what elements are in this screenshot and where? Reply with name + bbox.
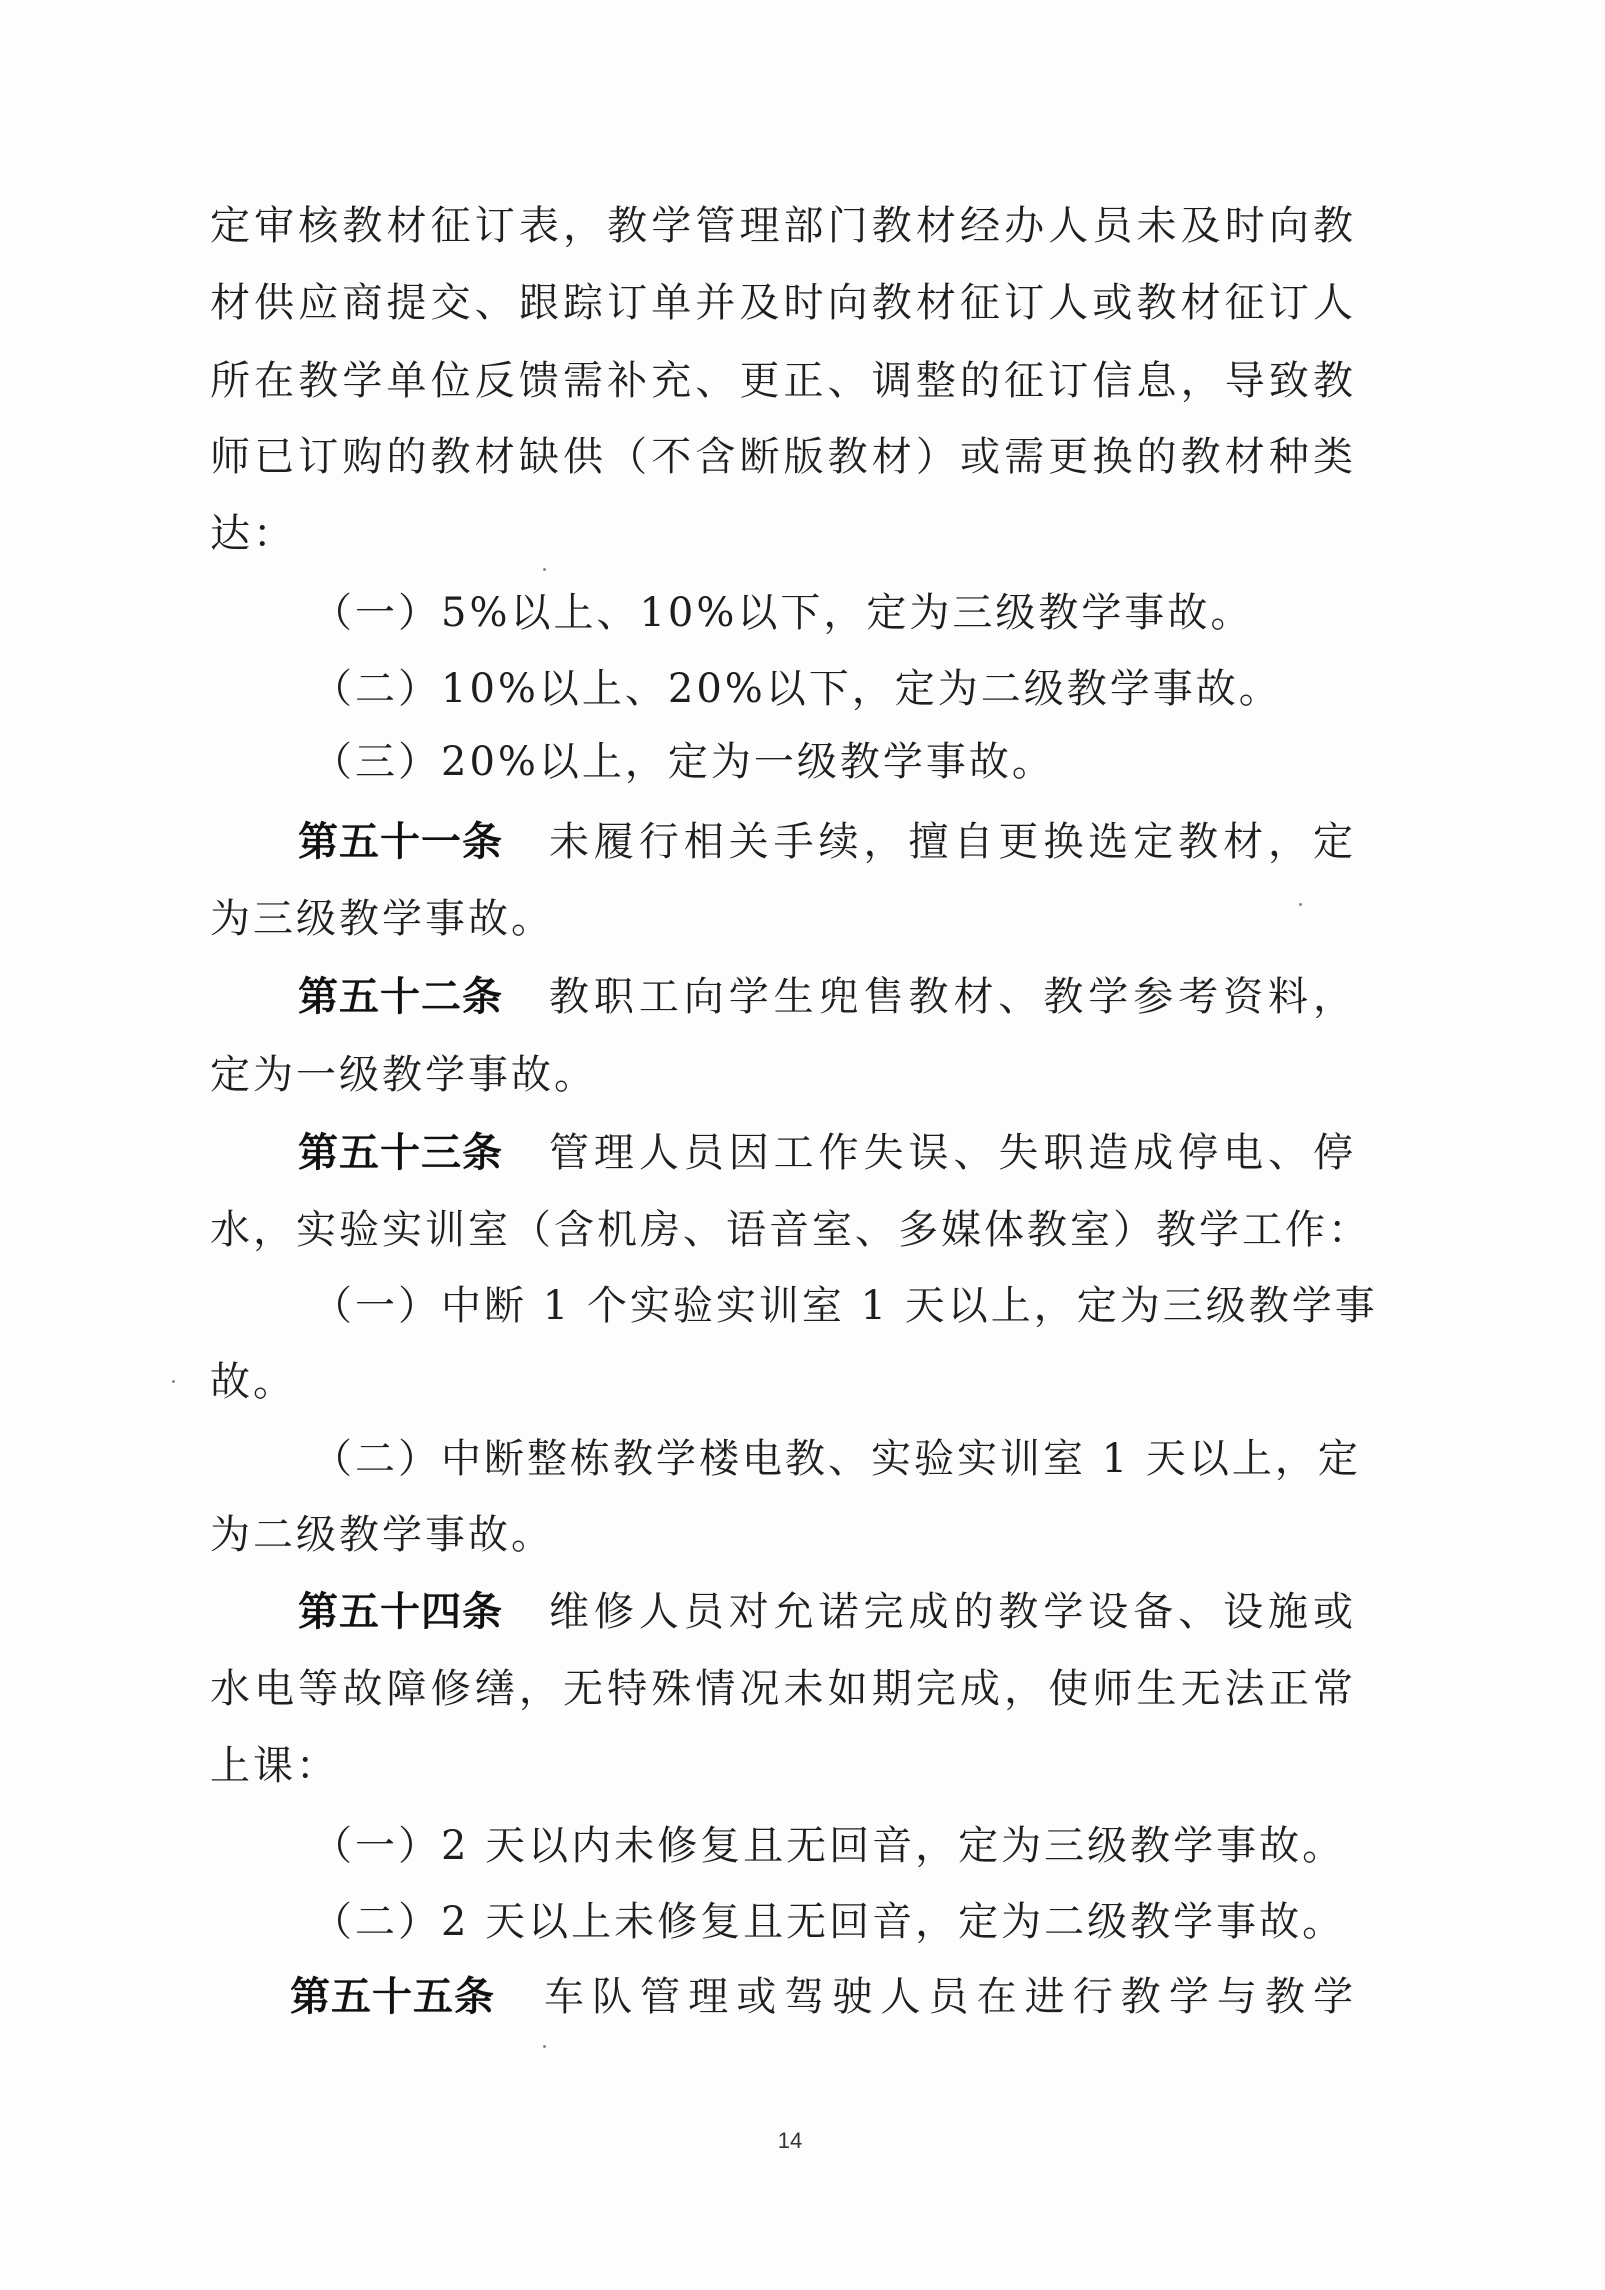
article-label: 第五十四条 <box>298 1585 503 1639</box>
article-54-first-line: 第五十四条维修人员对允诺完成的教学设备、设施或 <box>298 1585 1356 1639</box>
list-item: （二）中断整栋教学楼电教、实验实训室 1 天以上，定 <box>312 1432 1356 1486</box>
article-text: 车队管理或驾驶人员在进行教学与教学 <box>539 1974 1356 2020</box>
list-item: （一）中断 1 个实验实训室 1 天以上，定为三级教学事 <box>312 1279 1356 1333</box>
list-item: （二）2 天以上未修复且无回音，定为二级教学事故。 <box>312 1895 1345 1949</box>
article-51-first-line: 第五十一条未履行相关手续，擅自更换选定教材，定 <box>298 815 1356 869</box>
article-text: 教职工向学生兜售教材、教学参考资料， <box>547 974 1356 1020</box>
body-line: 定审核教材征订表，教学管理部门教材经办人员未及时向教 <box>210 199 1356 253</box>
scan-speck <box>543 2045 546 2048</box>
article-55-first-line: 第五十五条车队管理或驾驶人员在进行教学与教学 <box>290 1970 1356 2024</box>
article-53-first-line: 第五十三条管理人员因工作失误、失职造成停电、停 <box>298 1126 1356 1180</box>
article-text: 管理人员因工作失误、失职造成停电、停 <box>547 1130 1356 1176</box>
article-label: 第五十三条 <box>298 1126 503 1180</box>
body-line: 定为一级教学事故。 <box>210 1048 597 1102</box>
body-line: 水电等故障修缮，无特殊情况未如期完成，使师生无法正常 <box>210 1662 1356 1716</box>
body-line: 为三级教学事故。 <box>210 892 554 946</box>
list-item: （一）2 天以内未修复且无回音，定为三级教学事故。 <box>312 1819 1345 1873</box>
list-item-cont: 为二级教学事故。 <box>210 1508 554 1562</box>
list-item: （三）20%以上，定为一级教学事故。 <box>312 735 1055 789</box>
scan-speck <box>1299 903 1302 906</box>
document-page: 定审核教材征订表，教学管理部门教材经办人员未及时向教 材供应商提交、跟踪订单并及… <box>0 0 1605 2290</box>
body-line: 上课： <box>210 1739 339 1793</box>
article-text: 未履行相关手续，擅自更换选定教材，定 <box>547 819 1356 865</box>
body-line: 所在教学单位反馈需补充、更正、调整的征订信息，导致教 <box>210 354 1356 408</box>
body-line: 师已订购的教材缺供（不含断版教材）或需更换的教材种类 <box>210 430 1356 484</box>
scan-speck <box>172 1380 175 1383</box>
list-item: （一）5%以上、10%以下，定为三级教学事故。 <box>312 586 1253 640</box>
article-52-first-line: 第五十二条教职工向学生兜售教材、教学参考资料， <box>298 970 1356 1024</box>
page-number: 14 <box>770 2128 810 2154</box>
article-label: 第五十一条 <box>298 815 503 869</box>
list-item: （二）10%以上、20%以下，定为二级教学事故。 <box>312 662 1282 716</box>
article-text: 维修人员对允诺完成的教学设备、设施或 <box>547 1589 1356 1635</box>
article-label: 第五十五条 <box>290 1970 495 2024</box>
list-item-cont: 故。 <box>210 1355 296 1409</box>
body-line: 材供应商提交、跟踪订单并及时向教材征订人或教材征订人 <box>210 276 1356 330</box>
body-line: 达： <box>210 507 296 561</box>
scan-speck <box>543 568 546 571</box>
body-line: 水，实验实训室（含机房、语音室、多媒体教室）教学工作： <box>210 1203 1356 1257</box>
article-label: 第五十二条 <box>298 970 503 1024</box>
